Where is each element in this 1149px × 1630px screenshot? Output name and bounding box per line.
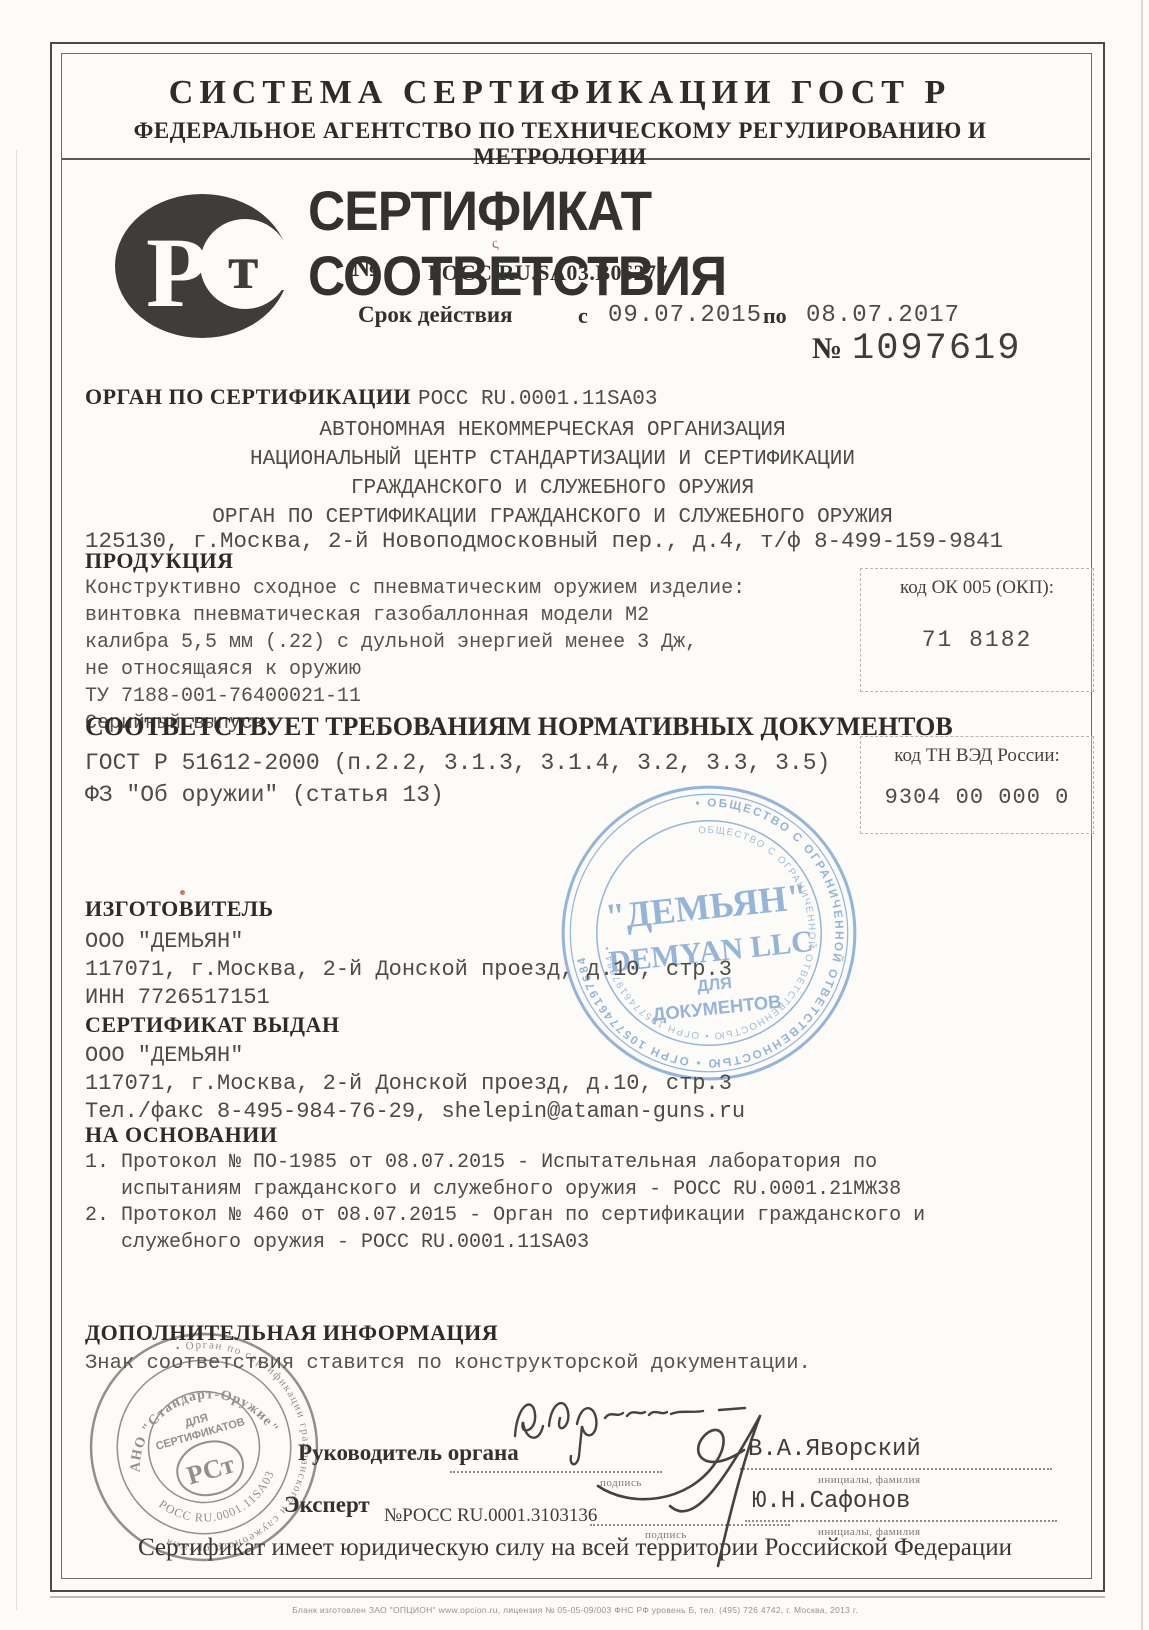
page-title: СЕРТИФИКАТ СООТВЕТСТВИЯ	[308, 178, 1007, 308]
system-title: СИСТЕМА СЕРТИФИКАЦИИ ГОСТ Р	[60, 74, 1060, 112]
head-of-body-label: Руководитель органа	[298, 1440, 519, 1466]
tnved-code-box: код ТН ВЭД России: 9304 00 000 0	[860, 736, 1094, 834]
scan-shadow-bottom	[50, 1596, 1105, 1598]
scan-edge-right	[1141, 0, 1143, 1630]
manufacturer-line: 117071, г.Москва, 2-й Донской проезд, д.…	[85, 956, 732, 984]
product-line: калибра 5,5 мм (.22) с дульной энергией …	[85, 629, 855, 656]
product-line: винтовка пневматическая газобаллонная мо…	[85, 602, 855, 629]
basis-heading: НА ОСНОВАНИИ	[85, 1122, 278, 1148]
issued-line: 117071, г.Москва, 2-й Донской проезд, д.…	[85, 1070, 745, 1098]
org-number: РОСС RU.0001.11SA03	[418, 388, 657, 411]
rst-letter-t: т	[228, 234, 258, 302]
expert-signature-icon	[582, 1408, 882, 1570]
okp-label: код ОК 005 (ОКП):	[861, 577, 1093, 599]
org-line: НАЦИОНАЛЬНЫЙ ЦЕНТР СТАНДАРТИЗАЦИИ И СЕРТ…	[85, 445, 1020, 474]
validity-per: по	[763, 303, 787, 329]
validity-label: Срок действия	[358, 302, 513, 328]
validity-with: с	[578, 303, 588, 329]
validity-from: 09.07.2015	[608, 302, 762, 329]
basis-line: 2. Протокол № 460 от 08.07.2015 - Орган …	[85, 1203, 925, 1230]
basis-line: 1. Протокол № ПО-1985 от 08.07.2015 - Ис…	[85, 1150, 925, 1177]
certificate-page: СИСТЕМА СЕРТИФИКАЦИИ ГОСТ Р ФЕДЕРАЛЬНОЕ …	[0, 0, 1149, 1630]
product-line: ТУ 7188-001-76400021-11	[85, 683, 855, 710]
blank-no-value: 1097619	[852, 328, 1021, 370]
blank-no-label: №	[812, 332, 842, 366]
validity-to: 08.07.2017	[806, 302, 960, 329]
agency-title: ФЕДЕРАЛЬНОЕ АГЕНТСТВО ПО ТЕХНИЧЕСКОМУ РЕ…	[55, 118, 1065, 170]
manufacturer-line: ООО "ДЕМЬЯН"	[85, 928, 732, 956]
conformity-line: ГОСТ Р 51612-2000 (п.2.2, 3.1.3, 3.1.4, …	[85, 750, 830, 776]
okp-value: 71 8182	[861, 627, 1093, 653]
conformity-heading: СООТВЕТСТВУЕТ ТРЕБОВАНИЯМ НОРМАТИВНЫХ ДО…	[85, 712, 953, 742]
org-line: АВТОНОМНАЯ НЕКОММЕРЧЕСКАЯ ОРГАНИЗАЦИЯ	[85, 416, 1020, 445]
red-scan-dot	[180, 890, 185, 895]
cert-no-value: РОСС RU.SA03.B06277	[428, 260, 668, 286]
org-line: ГРАЖДАНСКОГО И СЛУЖЕБНОГО ОРУЖИЯ	[85, 474, 1020, 503]
scan-edge-left	[16, 150, 17, 1610]
basis-line: служебного оружия - РОСС RU.0001.11SA03	[85, 1230, 925, 1257]
additional-heading: ДОПОЛНИТЕЛЬНАЯ ИНФОРМАЦИЯ	[85, 1320, 498, 1346]
expert-number: №РОСС RU.0001.3103136	[384, 1505, 597, 1527]
tnved-label: код ТН ВЭД России:	[861, 745, 1093, 767]
gray-stamp-rst: РСт	[184, 1449, 238, 1490]
org-heading: ОРГАН ПО СЕРТИФИКАЦИИ	[85, 384, 411, 410]
product-line: Конструктивно сходное с пневматическим о…	[85, 575, 855, 602]
tnved-value: 9304 00 000 0	[861, 785, 1093, 810]
product-heading: ПРОДУКЦИЯ	[85, 548, 234, 574]
manufacturer-heading: ИЗГОТОВИТЕЛЬ	[85, 896, 274, 922]
additional-text: Знак соответствия ставится по конструкто…	[85, 1352, 811, 1375]
rst-logo-icon: Р т	[112, 182, 308, 350]
cert-no-label: №	[352, 252, 379, 283]
blank-printer-info: Бланк изготовлен ЗАО "ОПЦИОН" www.opcion…	[100, 1605, 1050, 1615]
legal-statement: Сертификат имеет юридическую силу на все…	[70, 1534, 1080, 1562]
okp-code-box: код ОК 005 (ОКП): 71 8182	[860, 568, 1094, 692]
issued-line: ООО "ДЕМЬЯН"	[85, 1042, 745, 1070]
conformity-line: ФЗ "Об оружии" (статья 13)	[85, 782, 444, 808]
expert-label: Эксперт	[284, 1492, 370, 1518]
product-line: не относящаяся к оружию	[85, 656, 855, 683]
issued-heading: СЕРТИФИКАТ ВЫДАН	[85, 1012, 340, 1038]
basis-line: испытаниям гражданского и служебного ору…	[85, 1177, 925, 1204]
manufacturer-line: ИНН 7726517151	[85, 984, 732, 1012]
rst-letter-p: Р	[146, 217, 207, 328]
